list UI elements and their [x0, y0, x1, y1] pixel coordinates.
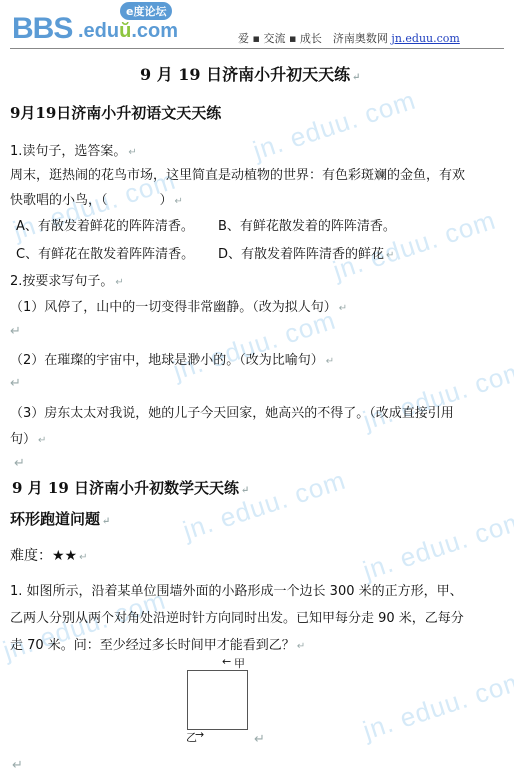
question-1-text: 周末，逛热闹的花鸟市场，这里简直是动植物的世界：有色彩斑斓的金鱼，有欢 — [10, 164, 465, 183]
logo-bbs-text: BBS — [12, 12, 72, 46]
math-question-1-cont2: 走 70 米。问：至少经过多长时间甲才能看到乙？↵ — [10, 634, 305, 653]
logo-forum-bubble: e度论坛 — [120, 2, 172, 20]
math-question-1: 1. 如图所示，沿着某单位围墙外面的小路形成一个边长 300 米的正方形，甲、 — [10, 580, 463, 599]
question-1-text-cont: 快歌唱的小鸟，（ ）↵ — [10, 189, 183, 208]
difficulty-stars-icon: ★★ — [52, 548, 77, 564]
empty-paragraph: ↵ — [254, 732, 265, 747]
question-1-title: 1.读句子，选答案。↵ — [10, 140, 137, 159]
math-question-1-cont: 乙两人分别从两个对角处沿逆时针方向同时出发。已知甲每分走 90 米，乙每分 — [10, 607, 464, 626]
question-2-item-3: （3）房东太太对我说，她的儿子今天回家，她高兴的不得了。（改成直接引用 — [10, 402, 454, 421]
arrow-left-icon: ← — [222, 655, 231, 668]
arrow-right-icon: → — [195, 728, 204, 741]
main-title: 9 月 19 日济南小升初天天练↵ — [140, 62, 361, 85]
empty-paragraph: ↵ — [12, 758, 23, 773]
option-c: C、有鲜花在散发着阵阵清香。 — [16, 243, 194, 262]
watermark: jn. eduu. com — [359, 505, 514, 587]
label-jia: 甲 — [234, 655, 245, 671]
header-divider — [10, 48, 504, 49]
difficulty: 难度：★★↵ — [10, 545, 88, 565]
option-a: A、有散发着鲜花的阵阵清香。 — [16, 215, 194, 234]
header-slogan: 爱 ▪ 交流 ▪ 成长 济南奥数网 jn.eduu.com — [238, 30, 460, 46]
math-heading: 9 月 19 日济南小升初数学天天练↵ — [12, 477, 249, 498]
empty-paragraph: ↵ — [14, 456, 25, 471]
watermark: jn. eduu. com — [359, 355, 514, 437]
logo-domain-text: .eduŭ.com — [78, 20, 178, 43]
question-2-item-2: （2）在璀璨的宇宙中，地球是渺小的。（改为比喻句）↵ — [10, 349, 334, 368]
watermark: jn. eduu. com — [359, 665, 514, 747]
chinese-heading: 9月19日济南小升初语文天天练 — [10, 102, 221, 123]
question-2-item-3-cont: 句）↵ — [10, 428, 46, 447]
option-d: D、有散发着阵阵清香的鲜花↵ — [218, 243, 394, 262]
empty-paragraph: ↵ — [10, 376, 21, 391]
empty-paragraph: ↵ — [10, 324, 21, 339]
question-2-title: 2.按要求写句子。↵ — [10, 270, 124, 289]
site-link[interactable]: jn.eduu.com — [391, 32, 459, 45]
math-subheading: 环形跑道问题↵ — [10, 508, 110, 529]
watermark: jn. eduu. com — [169, 305, 339, 387]
watermark: jn. eduu. com — [249, 85, 419, 167]
square-track-diagram — [187, 670, 248, 730]
option-b: B、有鲜花散发着的阵阵清香。 — [218, 215, 396, 234]
bbs-eduu-logo[interactable]: BBS .eduŭ.com e度论坛 — [12, 6, 182, 42]
question-2-item-1: （1）风停了，山中的一切变得非常幽静。（改为拟人句）↵ — [10, 296, 347, 315]
